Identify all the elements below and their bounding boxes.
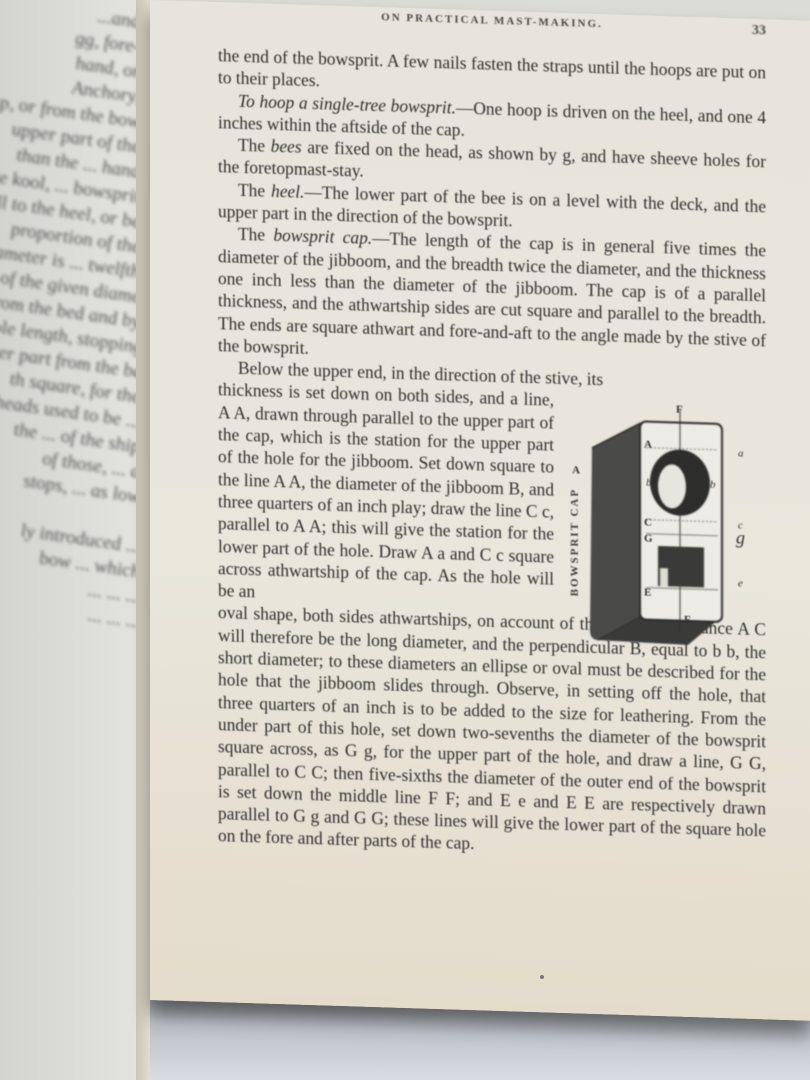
figure-label: A: [644, 434, 652, 457]
figure-label: a: [738, 443, 744, 465]
left-page-fragment: ...andgg, fore-hand, orAnchory,sp, or fr…: [0, 0, 150, 1080]
paragraph-text: —The length of the cap is in general fiv…: [218, 228, 766, 357]
figure-label: F: [676, 399, 683, 422]
bowsprit-cap-figure: BOWSPRIT CAP: [570, 408, 766, 654]
page-number: 33: [752, 23, 766, 39]
figure-label: F: [684, 609, 691, 632]
running-title: ON PRACTICAL MAST-MAKING.: [218, 6, 766, 35]
page-content: ON PRACTICAL MAST-MAKING. 33 the end of …: [218, 2, 766, 864]
figure-label: b: [646, 472, 652, 494]
figure-label: b: [710, 474, 716, 496]
figure-label: e: [738, 573, 743, 595]
running-head: ON PRACTICAL MAST-MAKING. 33: [218, 6, 766, 49]
lead-plain: The: [238, 180, 271, 201]
figure-wrapped-text: thickness is set down on both sides, and…: [218, 379, 554, 613]
paragraph: The bowsprit cap.—The length of the cap …: [218, 223, 766, 374]
figure-label: E: [644, 582, 651, 605]
left-page-text: ...andgg, fore-hand, orAnchory,sp, or fr…: [0, 0, 140, 635]
lead-plain: The: [238, 224, 273, 245]
figure-label: G: [644, 528, 653, 551]
figure-label: g: [736, 527, 745, 550]
paragraph-text: the end of the bowsprit. A few nails fas…: [218, 45, 766, 90]
dust-speck: [540, 975, 544, 979]
lead-plain: The: [238, 135, 271, 156]
run-in-heading: bees: [271, 136, 302, 157]
figure-block: thickness is set down on both sides, and…: [218, 379, 766, 619]
right-page: ON PRACTICAL MAST-MAKING. 33 the end of …: [150, 0, 810, 1021]
book-gutter: [136, 0, 150, 1080]
body-text: the end of the bowsprit. A few nails fas…: [218, 44, 766, 864]
run-in-heading: heel.: [271, 181, 304, 202]
run-in-heading: bowsprit cap.: [273, 225, 372, 248]
figure-label: A: [572, 460, 580, 483]
